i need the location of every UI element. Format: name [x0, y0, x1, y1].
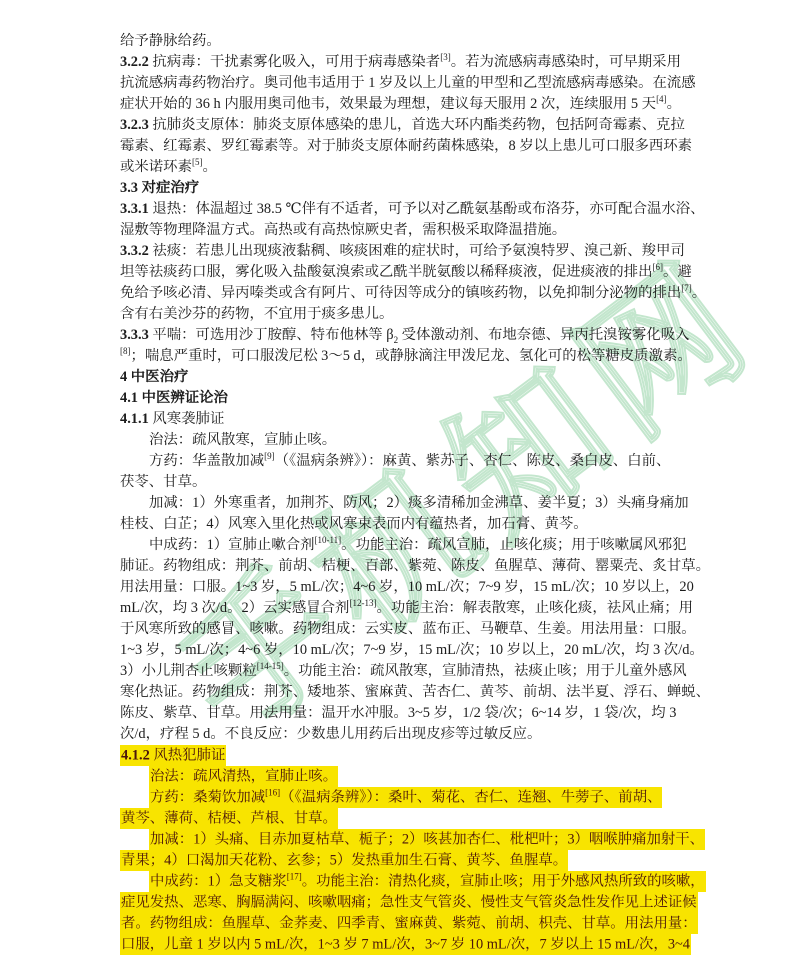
- text-line-highlighted: 加减：1）头痛、目赤加夏枯草、栀子；2）咳甚加杏仁、枇杷叶；3）咽喉肿痛加射干、: [120, 829, 690, 850]
- text-line-highlighted: 4.1.2 风热犯肺证: [120, 745, 690, 766]
- text-line: 于风寒所致的感冒、咳嗽。药物组成：云实皮、蓝布正、马鞭草、生姜。用法用量：口服。: [120, 619, 690, 640]
- text-line: 桂枝、白芷；4）风寒入里化热或风寒束表而内有蕴热者，加石膏、黄芩。: [120, 514, 690, 535]
- text-line: 湿敷等物理降温方式。高热或有高热惊厥史者，需积极采取降温措施。: [120, 220, 690, 241]
- text-line: 加减：1）外寒重者，加荆芥、防风；2）痰多清稀加金沸草、姜半夏；3）头痛身痛加: [120, 493, 690, 514]
- text-line: 或米诺环素[5]。: [120, 157, 690, 178]
- text-line-highlighted: 口服，儿童 1 岁以内 5 mL/次，1~3 岁 7 mL/次，3~7 岁 10…: [120, 934, 690, 955]
- text-line-highlighted: 青果；4）口渴加天花粉、玄参；5）发热重加生石膏、黄芩、鱼腥草。: [120, 850, 690, 871]
- text-line: [8]；喘息严重时，可口服泼尼松 3～5 d，或静脉滴注甲泼尼龙、氢化可的松等糖…: [120, 346, 690, 367]
- text-line: 症状开始的 36 h 内服用奥司他韦，效果最为理想，建议每天服用 2 次，连续服…: [120, 94, 690, 115]
- text-line: 中成药：1）宣肺止嗽合剂[10-11]。功能主治：疏风宣肺，止咳化痰；用于咳嗽属…: [120, 535, 690, 556]
- text-line: 治法：疏风散寒，宣肺止咳。: [120, 430, 690, 451]
- text-line: 3.3.3 平喘：可选用沙丁胺醇、特布他林等 β2 受体激动剂、布地奈德、异丙托…: [120, 325, 690, 346]
- document-text-block: 给予静脉给药。3.2.2 抗病毒：干扰素雾化吸入，可用于病毒感染者[3]。若为流…: [120, 31, 690, 955]
- document-page: 手机知网 给予静脉给药。3.2.2 抗病毒：干扰素雾化吸入，可用于病毒感染者[3…: [0, 0, 800, 973]
- text-line: 1~3 岁，5 mL/次；4~6 岁，10 mL/次；7~9 岁，15 mL/次…: [120, 640, 690, 661]
- text-line: 陈皮、紫草、甘草。用法用量：温开水冲服。3~5 岁，1/2 袋/次；6~14 岁…: [120, 703, 690, 724]
- text-line-highlighted: 方药：桑菊饮加减[16]（《温病条辨》）：桑叶、菊花、杏仁、连翘、牛蒡子、前胡、: [120, 787, 690, 808]
- text-line: 给予静脉给药。: [120, 31, 690, 52]
- text-line-highlighted: 者。药物组成：鱼腥草、金荞麦、四季青、蜜麻黄、紫菀、前胡、枳壳、甘草。用法用量：: [120, 913, 690, 934]
- text-line-highlighted: 治法：疏风清热，宣肺止咳。: [120, 766, 690, 787]
- text-line-highlighted: 黄芩、薄荷、桔梗、芦根、甘草。: [120, 808, 690, 829]
- text-line: 方药：华盖散加减[9]（《温病条辨》）：麻黄、紫苏子、杏仁、陈皮、桑白皮、白前、: [120, 451, 690, 472]
- text-line: 用法用量：口服。1~3 岁，5 mL/次；4~6 岁，10 mL/次；7~9 岁…: [120, 577, 690, 598]
- text-line: 肺证。药物组成：荆芥、前胡、桔梗、百部、紫菀、陈皮、鱼腥草、薄荷、罂粟壳、炙甘草…: [120, 556, 690, 577]
- text-line: 4.1.1 风寒袭肺证: [120, 409, 690, 430]
- text-line: mL/次，均 3 次/d。2）云实感冒合剂[12-13]。功能主治：解表散寒，止…: [120, 598, 690, 619]
- text-line: 抗流感病毒药物治疗。奥司他韦适用于 1 岁及以上儿童的甲型和乙型流感病毒感染。在…: [120, 73, 690, 94]
- text-line: 次/d，疗程 5 d。不良反应：少数患儿用药后出现皮疹等过敏反应。: [120, 724, 690, 745]
- text-line: 3.2.3 抗肺炎支原体：肺炎支原体感染的患儿，首选大环内酯类药物，包括阿奇霉素…: [120, 115, 690, 136]
- screenshot-root: { "styles": { "background": "#ffffff", "…: [0, 0, 800, 973]
- text-line-highlighted: 症见发热、恶寒、胸膈满闷、咳嗽咽痛；急性支气管炎、慢性支气管炎急性发作见上述证候: [120, 892, 690, 913]
- text-line: 4.1 中医辨证论治: [120, 388, 690, 409]
- text-line: 3.3.2 祛痰：若患儿出现痰液黏稠、咳痰困难的症状时，可给予氨溴特罗、溴己新、…: [120, 241, 690, 262]
- text-line: 免给予咳必清、异丙嗪类或含有阿片、可待因等成分的镇咳药物，以免抑制分泌物的排出[…: [120, 283, 690, 304]
- text-line: 含有右美沙芬的药物，不宜用于痰多患儿。: [120, 304, 690, 325]
- text-line: 寒化热证。药物组成：荆芥、矮地茶、蜜麻黄、苦杏仁、黄芩、前胡、法半夏、浮石、蝉蜕…: [120, 682, 690, 703]
- text-line: 霉素、红霉素、罗红霉素等。对于肺炎支原体耐药菌株感染，8 岁以上患儿可口服多西环…: [120, 136, 690, 157]
- text-line: 3.3.1 退热：体温超过 38.5 ℃伴有不适者，可予以对乙酰氨基酚或布洛芬，…: [120, 199, 690, 220]
- text-line: 茯苓、甘草。: [120, 472, 690, 493]
- text-line: 3.3 对症治疗: [120, 178, 690, 199]
- text-line: 坦等祛痰药口服，雾化吸入盐酸氨溴索或乙酰半胱氨酸以稀释痰液，促进痰液的排出[6]…: [120, 262, 690, 283]
- text-line: 3.2.2 抗病毒：干扰素雾化吸入，可用于病毒感染者[3]。若为流感病毒感染时，…: [120, 52, 690, 73]
- text-line: 4 中医治疗: [120, 367, 690, 388]
- text-line-highlighted: 中成药：1）急支糖浆[17]。功能主治：清热化痰，宣肺止咳；用于外感风热所致的咳…: [120, 871, 690, 892]
- text-line: 3）小儿荆杏止咳颗粒[14-15]。功能主治：疏风散寒，宣肺清热，祛痰止咳；用于…: [120, 661, 690, 682]
